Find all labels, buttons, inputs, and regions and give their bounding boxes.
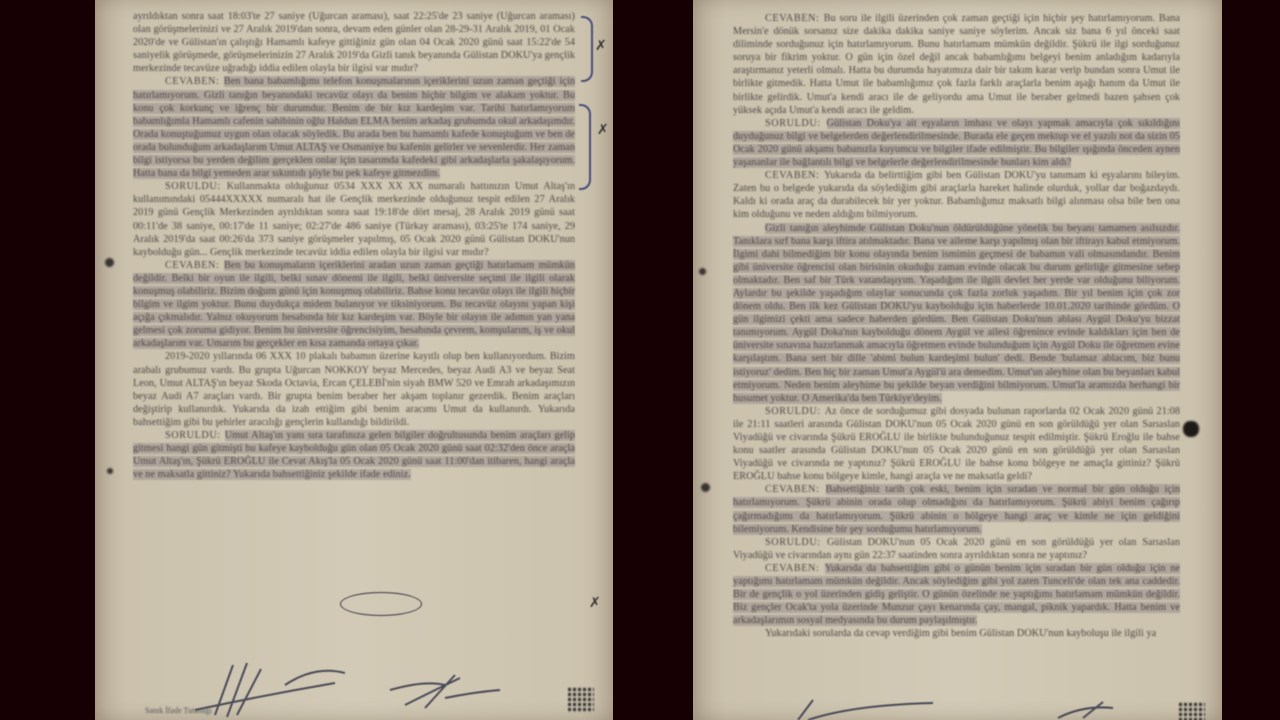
paragraph: CEVABEN: Yukarıda da belirttiğim gibi be… [733,169,1180,221]
paragraph-label: CEVABEN: [765,563,825,574]
paragraph-text: Ben bu konuşmaların içeriklerini aradan … [133,260,575,350]
x-mark-icon: ✗ [589,595,601,611]
margin-bracket-mark [579,104,591,190]
document-page-left: ayrıldıktan sonra saat 18:03'te 27 saniy… [95,0,613,720]
paragraph-text: Gizli tanığın aleyhimde Gülistan Doku'nu… [733,223,1180,404]
paragraph: CEVABEN: Ben bu konuşmaların içeriklerin… [133,259,575,351]
paragraph: ayrıldıktan sonra saat 18:03'te 27 saniy… [133,10,575,75]
paragraph: SORULDU: Kullanmakta olduğunuz 0534 XXX … [133,180,575,259]
paragraph-label: SORULDU: [165,430,225,441]
paragraph: SORULDU: Gülistan Doku'ya ait eşyaların … [733,117,1180,169]
ink-blot [1183,421,1199,437]
paragraph: CEVABEN: Yukarıda da bahsettiğim gibi o … [733,562,1180,627]
x-mark-icon: ✗ [595,38,607,54]
page-footer: Sanık İfade Tutanağı [145,706,212,715]
paragraph-label: SORULDU: [765,118,827,129]
paragraph: Gizli tanığın aleyhimde Gülistan Doku'nu… [733,222,1180,405]
punch-hole [105,258,114,267]
signature-2 [385,670,505,715]
paragraph-text: Az önce de sorduğumuz gibi dosyada bulun… [733,406,1180,482]
paragraph-text: Bu soru ile ilgili üzerinden çok zaman g… [733,13,1180,116]
paragraph-label: CEVABEN: [165,76,224,87]
circled-date-mark [340,592,422,616]
paragraph-label: SORULDU: [165,181,227,192]
qr-code [1179,702,1205,720]
paragraph-label: SORULDU: [765,406,825,417]
paragraph: CEVABEN: Ben bana babamlığımı telefon ko… [133,75,575,180]
paragraph: SORULDU: Gülistan DOKU'nun 05 Ocak 2020 … [733,536,1180,562]
punch-hole [701,483,710,492]
paragraph: CEVABEN: Bu soru ile ilgili üzerinden ço… [733,12,1180,117]
paragraph: SORULDU: Umut Altaş'ın yanı sıra tarafın… [133,429,575,481]
page-text: ayrıldıktan sonra saat 18:03'te 27 saniy… [133,10,575,481]
signature-2 [1053,700,1133,720]
x-mark-icon: ✗ [597,122,609,138]
paragraph: SORULDU: Az önce de sorduğumuz gibi dosy… [733,405,1180,484]
page-text: CEVABEN: Bu soru ile ilgili üzerinden ço… [733,12,1180,641]
qr-code [568,687,594,713]
paragraph-text: Yukarıdaki sorularda da cevap verdiğim g… [765,628,1156,639]
paragraph-text: 2019-2020 yıllarında 06 XXX 10 plakalı b… [133,351,575,427]
paragraph: CEVABEN: Bahsettiğiniz tarih çok eski, b… [733,483,1180,535]
paragraph: 2019-2020 yıllarında 06 XXX 10 plakalı b… [133,350,575,429]
paragraph-label: SORULDU: [765,537,827,548]
paragraph-text: ayrıldıktan sonra saat 18:03'te 27 saniy… [133,11,575,74]
punch-hole [107,468,113,474]
document-page-right: CEVABEN: Bu soru ile ilgili üzerinden ço… [693,0,1222,720]
paragraph-text: Kullanmakta olduğunuz 0534 XXX XX XX num… [133,181,575,257]
margin-bracket-mark [581,16,593,82]
punch-hole [699,268,706,275]
paragraph-label: CEVABEN: [765,13,824,24]
paragraph-text: Ben bana babamlığımı telefon konuşmaları… [133,76,575,179]
paragraph-label: CEVABEN: [765,170,824,181]
paragraph: Yukarıdaki sorularda da cevap verdiğim g… [733,627,1180,640]
signature-1 [793,695,943,720]
paragraph-label: CEVABEN: [165,260,224,271]
paragraph-label: CEVABEN: [765,484,826,495]
